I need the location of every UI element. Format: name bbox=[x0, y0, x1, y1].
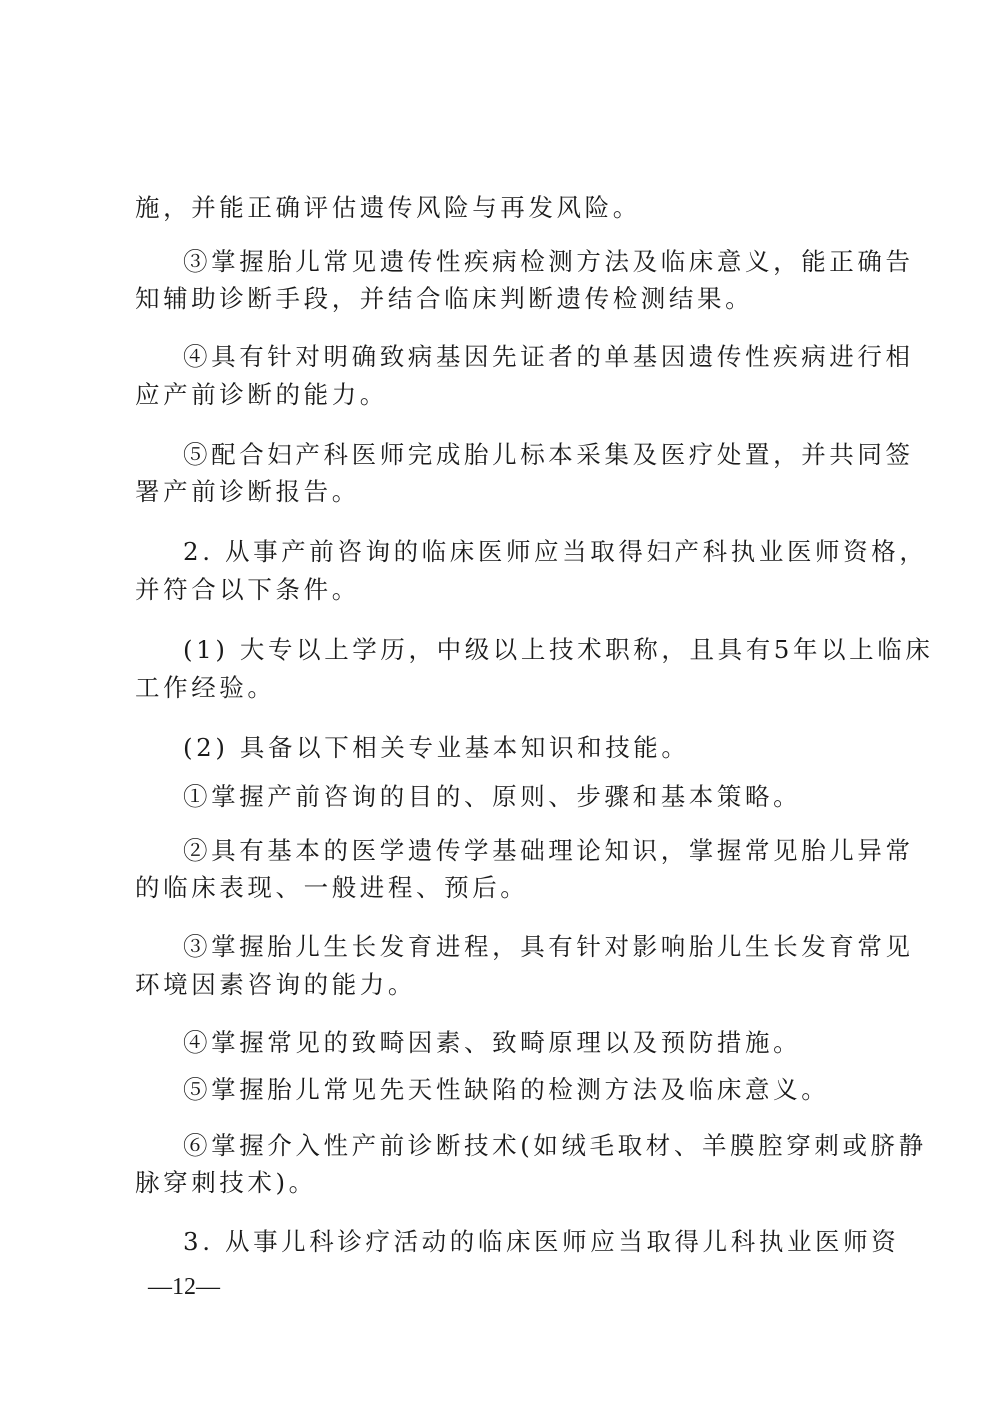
paragraph-line: 工作经验。 bbox=[135, 673, 865, 703]
paragraph-line: 环境因素咨询的能力。 bbox=[135, 970, 865, 1000]
paragraph-line: (2) 具备以下相关专业基本知识和技能。 bbox=[183, 733, 865, 763]
paragraph-line: 脉穿刺技术)。 bbox=[135, 1168, 865, 1198]
paragraph-line: (1) 大专以上学历，中级以上技术职称，且具有5年以上临床 bbox=[183, 635, 865, 665]
page-number: —12— bbox=[148, 1272, 220, 1302]
paragraph-line: ③掌握胎儿常见遗传性疾病检测方法及临床意义，能正确告 bbox=[183, 247, 865, 277]
document-page: 施，并能正确评估遗传风险与再发风险。 ③掌握胎儿常见遗传性疾病检测方法及临床意义… bbox=[0, 0, 1000, 1423]
paragraph-line: ⑤掌握胎儿常见先天性缺陷的检测方法及临床意义。 bbox=[183, 1075, 865, 1105]
paragraph-line: 署产前诊断报告。 bbox=[135, 477, 865, 507]
paragraph-line: ④具有针对明确致病基因先证者的单基因遗传性疾病进行相 bbox=[183, 342, 865, 372]
paragraph-line: 施，并能正确评估遗传风险与再发风险。 bbox=[135, 193, 865, 223]
paragraph-line: ⑤配合妇产科医师完成胎儿标本采集及医疗处置，并共同签 bbox=[183, 440, 865, 470]
paragraph-line: 3. 从事儿科诊疗活动的临床医师应当取得儿科执业医师资 bbox=[183, 1227, 865, 1257]
paragraph-line: 并符合以下条件。 bbox=[135, 575, 865, 605]
paragraph-line: ⑥掌握介入性产前诊断技术(如绒毛取材、羊膜腔穿刺或脐静 bbox=[183, 1131, 865, 1161]
paragraph-line: 2. 从事产前咨询的临床医师应当取得妇产科执业医师资格， bbox=[183, 537, 865, 567]
paragraph-line: 知辅助诊断手段，并结合临床判断遗传检测结果。 bbox=[135, 284, 865, 314]
paragraph-line: 应产前诊断的能力。 bbox=[135, 380, 865, 410]
paragraph-line: ③掌握胎儿生长发育进程，具有针对影响胎儿生长发育常见 bbox=[183, 932, 865, 962]
paragraph-line: ②具有基本的医学遗传学基础理论知识，掌握常见胎儿异常 bbox=[183, 836, 865, 866]
paragraph-line: ①掌握产前咨询的目的、原则、步骤和基本策略。 bbox=[183, 782, 865, 812]
paragraph-line: ④掌握常见的致畸因素、致畸原理以及预防措施。 bbox=[183, 1028, 865, 1058]
paragraph-line: 的临床表现、一般进程、预后。 bbox=[135, 873, 865, 903]
